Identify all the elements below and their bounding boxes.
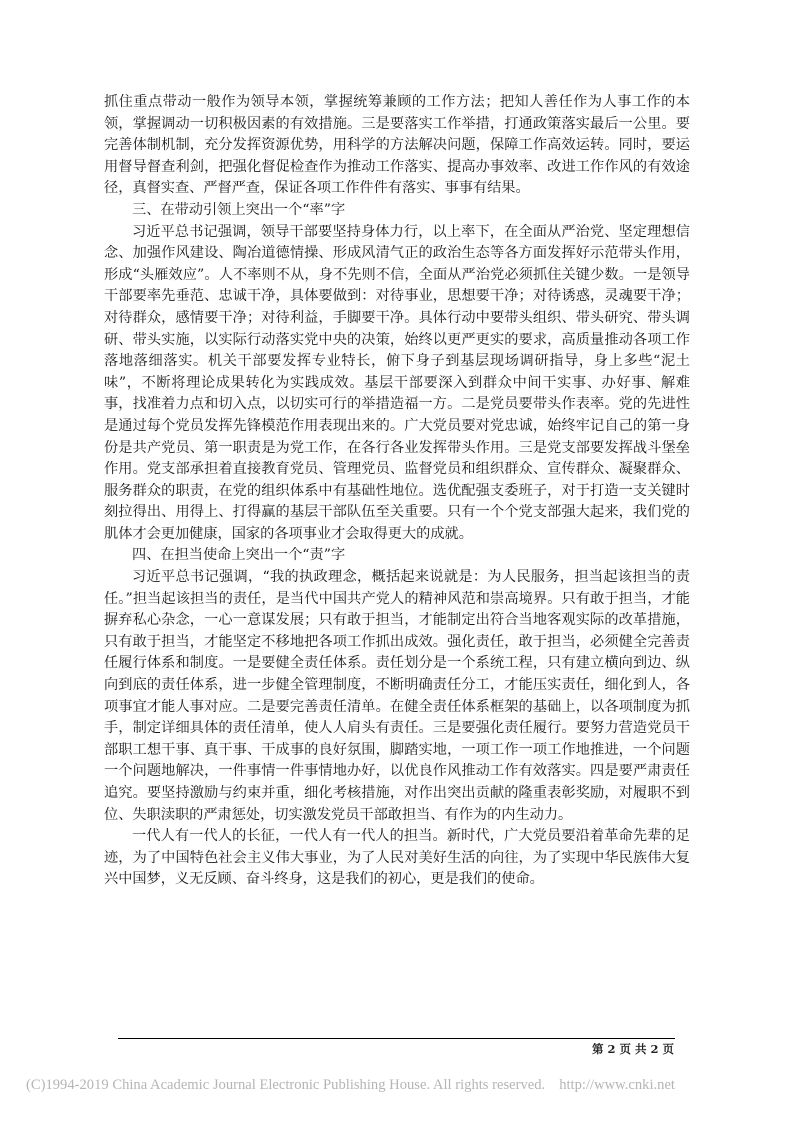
paragraph-conclusion: 一代人有一代人的长征，一代人有一代人的担当。新时代，广大党员要沿着革命先辈的足迹…: [104, 826, 690, 891]
copyright-text: (C)1994-2019 China Academic Journal Elec…: [26, 1077, 545, 1093]
section-heading-three: 三、在带动引领上突出一个“率”字: [104, 200, 690, 222]
paragraph-body: 习近平总书记强调，领导干部要坚持身体力行，以上率下，在全面从严治党、坚定理想信念…: [104, 222, 690, 546]
section-heading-four: 四、在担当使命上突出一个“责”字: [104, 545, 690, 567]
paragraph-continuation: 抓住重点带动一般作为领导本领，掌握统筹兼顾的工作方法；把知人善任作为人事工作的本…: [104, 92, 690, 200]
document-body: 抓住重点带动一般作为领导本领，掌握统筹兼顾的工作方法；把知人善任作为人事工作的本…: [104, 92, 690, 891]
footer-divider: [118, 1038, 675, 1039]
page-number: 第 2 页 共 2 页: [592, 1041, 674, 1057]
copyright-notice: (C)1994-2019 China Academic Journal Elec…: [26, 1077, 776, 1094]
paragraph-body: 习近平总书记强调，“我的执政理念，概括起来说就是：为人民服务，担当起该担当的责任…: [104, 567, 690, 826]
cnki-url: http://www.cnki.net: [559, 1077, 675, 1093]
